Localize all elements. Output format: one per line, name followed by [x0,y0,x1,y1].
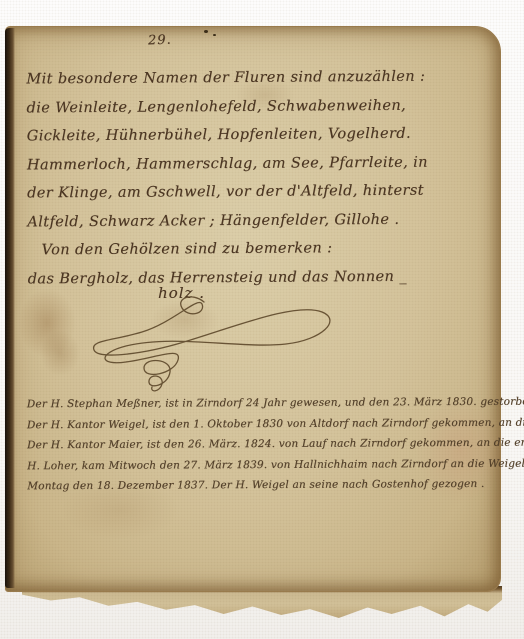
note-line: Der H. Kantor Weigel, ist den 1. Oktober… [27,412,505,435]
page-number: 29. [148,33,172,49]
notes-block: Der H. Stephan Meßner, ist in Zirndorf 2… [27,392,506,497]
note-line: Der H. Kantor Maier, ist den 26. März. 1… [27,433,505,456]
book-binding-edge [5,28,15,588]
manuscript-line: das Bergholz, das Herrensteig und das No… [28,262,428,293]
manuscript-line: Von den Gehölzen sind zu bemerken : [27,234,427,265]
manuscript-line: der Klinge, am Gschwell, vor der d'Altfe… [27,177,427,208]
main-text-block: Mit besondere Namen der Fluren sind anzu… [26,63,428,294]
manuscript-line: Mit besondere Namen der Fluren sind anzu… [26,63,426,94]
manuscript-line: die Weinleite, Lengenlohefeld, Schwabenw… [26,91,426,122]
note-line: H. Loher, kam Mitwoch den 27. März 1839.… [27,453,505,476]
note-line: Der H. Stephan Meßner, ist in Zirndorf 2… [27,392,505,415]
pen-flourish-icon [64,296,349,401]
manuscript-line: Gickleite, Hühnerbühel, Hopfenleiten, Vo… [27,120,427,151]
ink-speck [204,30,208,33]
note-line: Montag den 18. Dezember 1837. Der H. Wei… [27,474,505,497]
manuscript-line: Altfeld, Schwarz Acker ; Hängenfelder, G… [27,205,427,236]
manuscript-line: Hammerloch, Hammerschlag, am See, Pfarrl… [27,148,427,179]
ink-speck [213,34,216,36]
